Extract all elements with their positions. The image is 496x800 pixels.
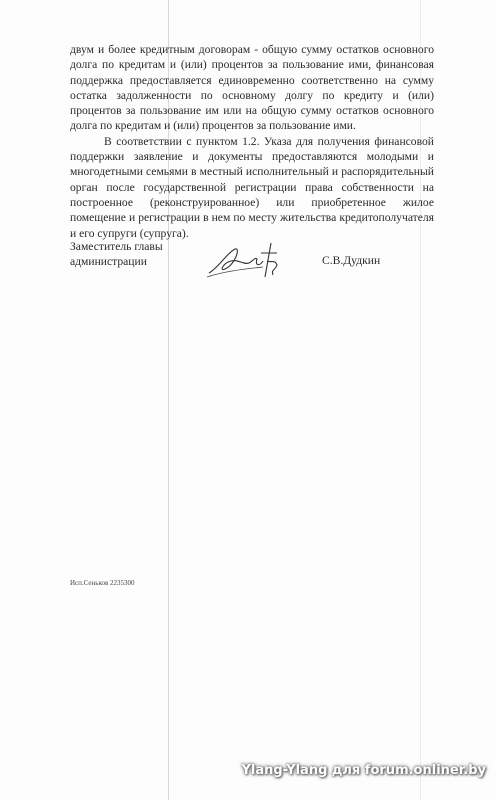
paragraph-decree-clause: В соответствии с пунктом 1.2. Указа для … — [70, 134, 434, 241]
signatory-title-line2: администрации — [70, 254, 170, 269]
document-body: двум и более кредитным договорам - общую… — [70, 42, 434, 241]
handwritten-signature-icon — [205, 239, 285, 281]
signature-block: Заместитель главы администрации С.В.Дудк… — [70, 239, 434, 279]
executor-note: Исп.Сеньков 2235300 — [70, 579, 135, 587]
signatory-name: С.В.Дудкин — [322, 253, 380, 268]
signatory-title-line1: Заместитель главы — [70, 239, 170, 254]
watermark: Ylang-Ylang для forum.onliner.by — [242, 763, 487, 778]
paragraph-continued: двум и более кредитным договорам - общую… — [70, 42, 434, 134]
signatory-title: Заместитель главы администрации — [70, 239, 170, 269]
